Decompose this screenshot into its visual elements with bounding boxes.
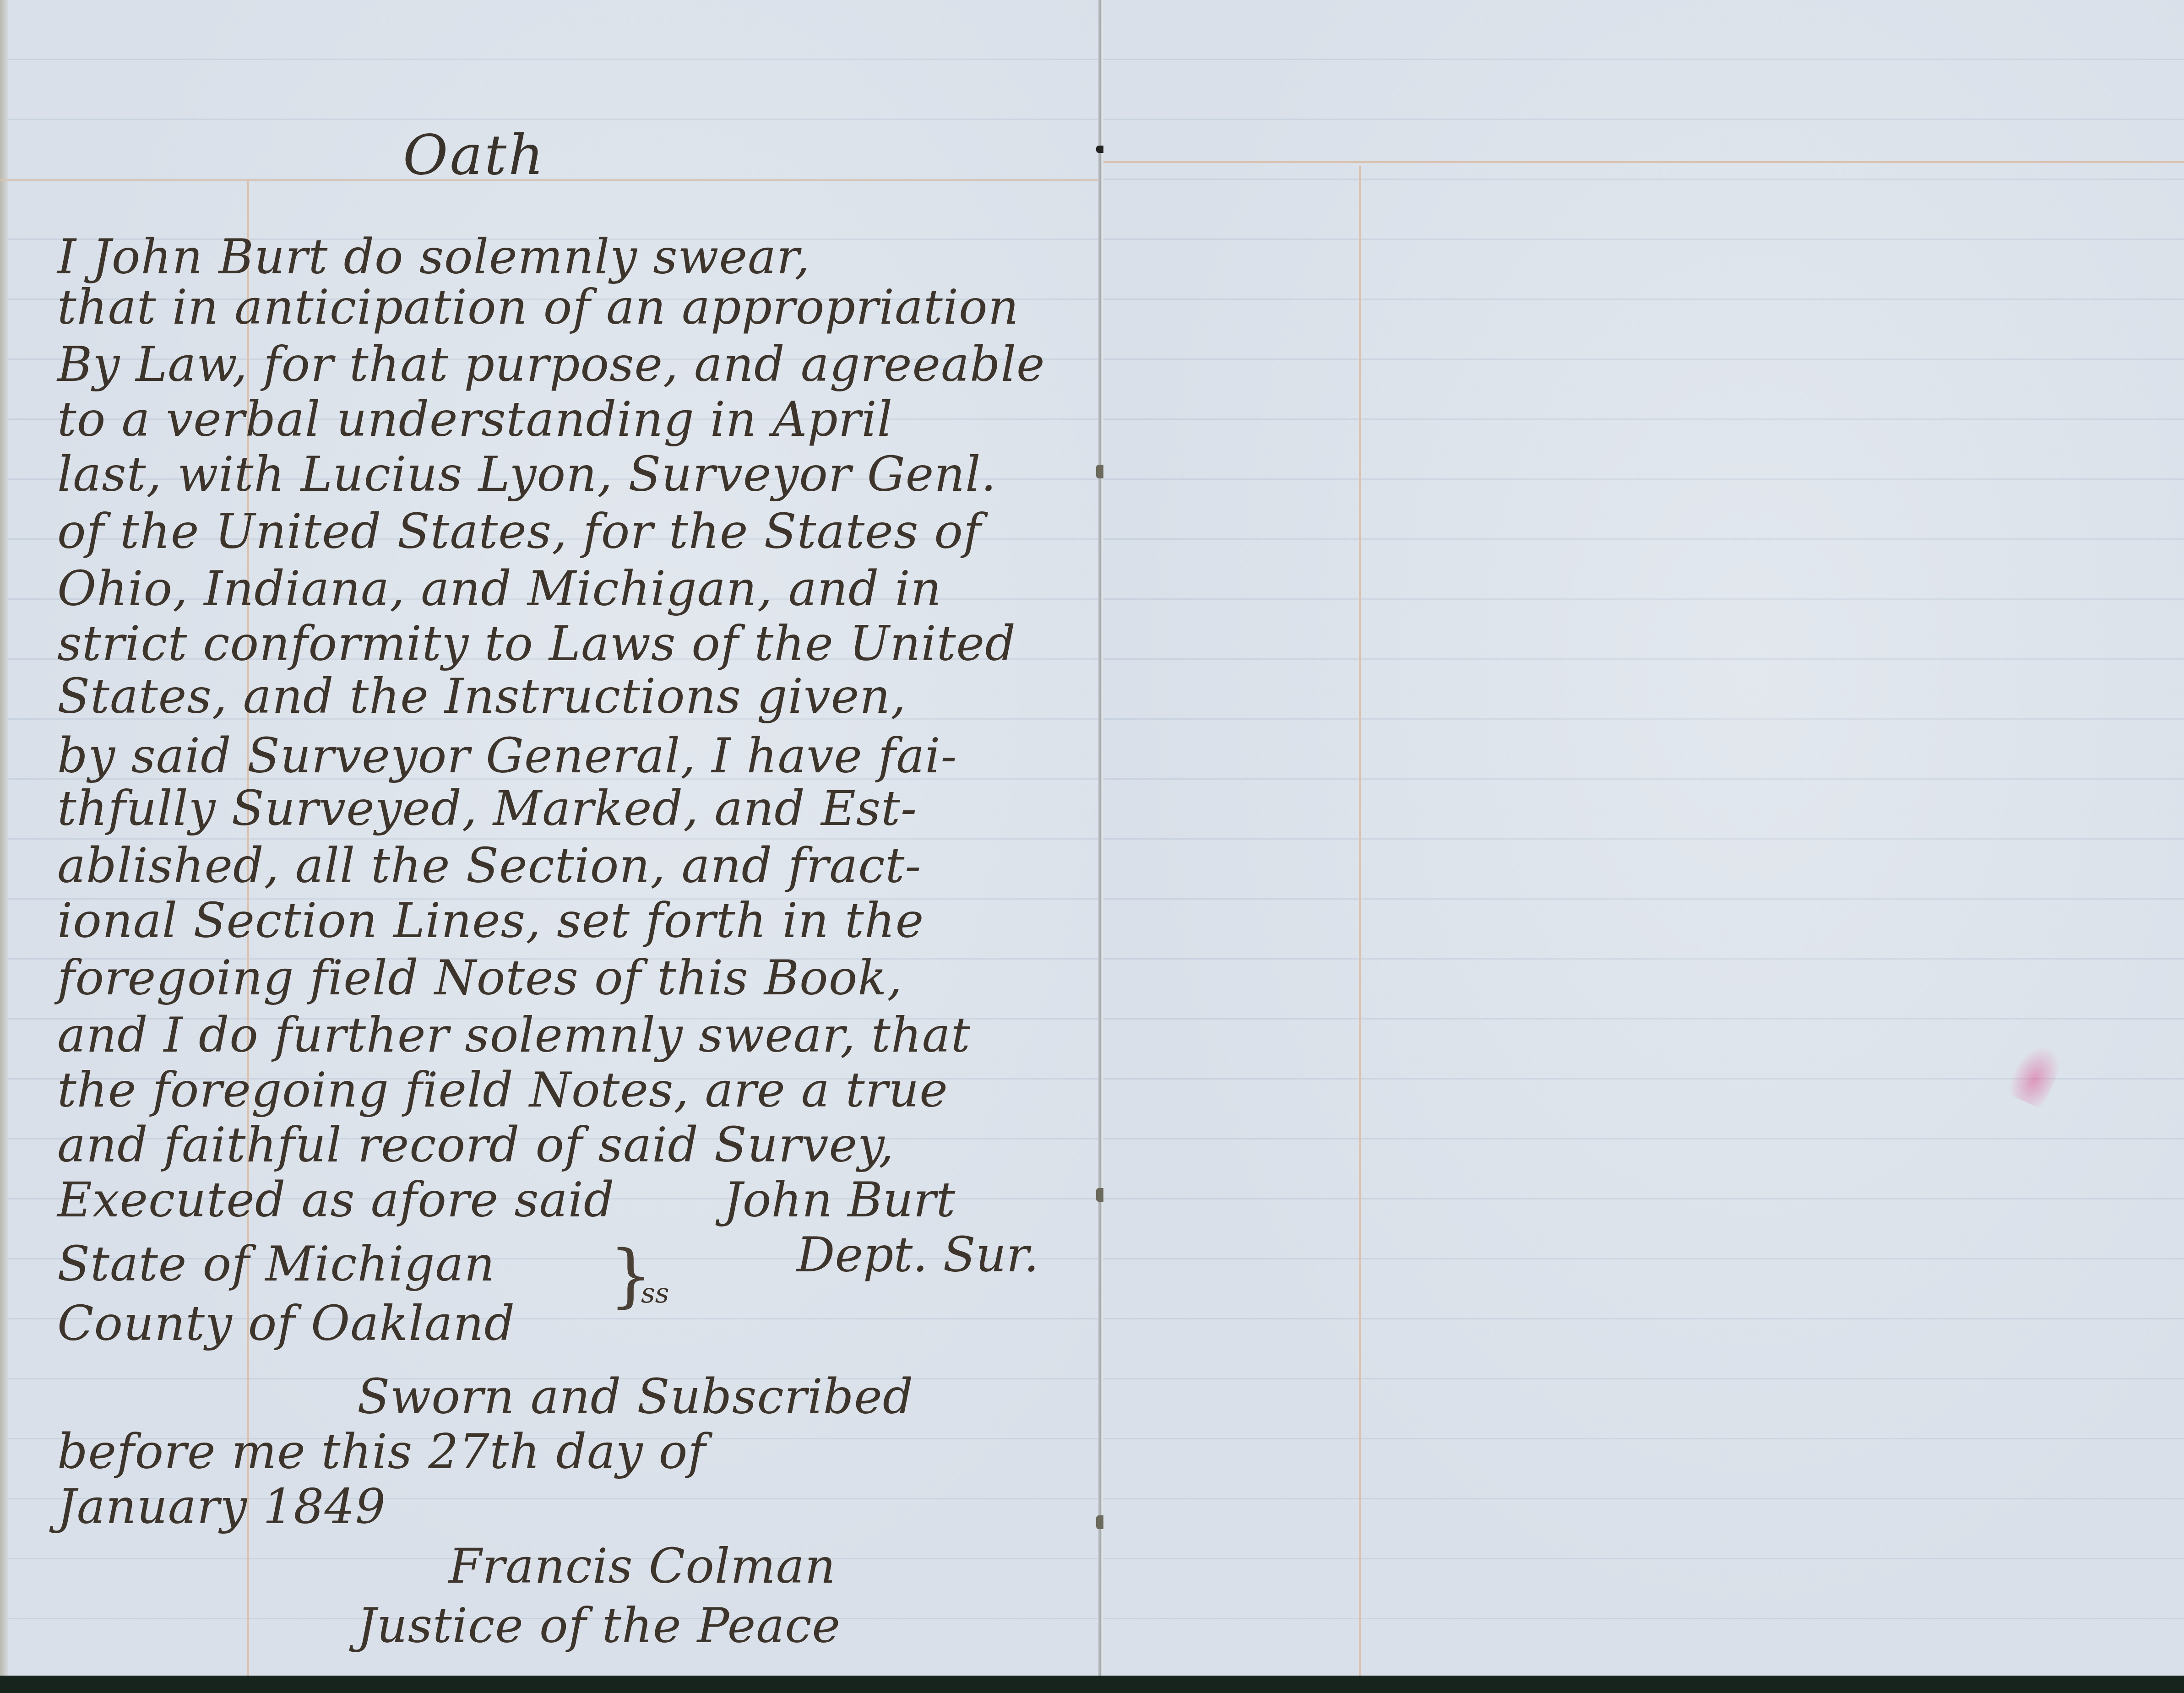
official-title: Justice of the Peace <box>357 1598 841 1654</box>
oath-line: by said Surveyor General, I have fai- <box>57 728 957 784</box>
oath-line: and I do further solemnly swear, that <box>57 1007 971 1063</box>
oath-line: the foregoing field Notes, are a true <box>57 1062 948 1118</box>
surveyor-title: Dept. Sur. <box>797 1227 1039 1283</box>
oath-line: and faithful record of said Survey, <box>57 1117 894 1173</box>
jurat-date: January 1849 <box>57 1479 386 1535</box>
oath-line: By Law, for that purpose, and agreeable <box>57 336 1045 392</box>
jurat-line: before me this 27th day of <box>57 1424 706 1480</box>
header-rule <box>0 179 1098 181</box>
page-title: Oath <box>403 124 545 187</box>
jurat-line: Sworn and Subscribed <box>357 1369 913 1425</box>
oath-line: I John Burt do solemnly swear, <box>57 229 810 285</box>
scan-background <box>0 1676 2184 1693</box>
venue-county: County of Oakland <box>57 1296 515 1351</box>
oath-line: last, with Lucius Lyon, Surveyor Genl. <box>57 446 997 502</box>
oath-line: Ohio, Indiana, and Michigan, and in <box>57 561 942 617</box>
official-signature: Francis Colman <box>449 1538 836 1594</box>
page-edge <box>0 0 8 1676</box>
oath-line: foregoing field Notes of this Book, <box>57 950 902 1006</box>
oath-line: thfully Surveyed, Marked, and Est- <box>57 781 917 836</box>
surveyor-signature: John Burt <box>723 1172 955 1228</box>
right-page <box>1103 0 2184 1676</box>
oath-line: to a verbal understanding in April <box>57 391 893 447</box>
left-page: Oath I John Burt do solemnly swear, that… <box>0 0 1101 1676</box>
oath-line: strict conformity to Laws of the United <box>57 616 1016 672</box>
header-rule <box>1103 161 2184 163</box>
oath-line: States, and the Instructions given, <box>57 668 906 724</box>
margin-rule <box>1359 166 1361 1676</box>
oath-line: of the United States, for the States of <box>57 504 981 559</box>
oath-line: Executed as afore said <box>57 1172 614 1228</box>
book-spread: Oath I John Burt do solemnly swear, that… <box>0 0 2184 1676</box>
ss-mark: ss <box>641 1277 669 1309</box>
oath-line: that in anticipation of an appropriation <box>57 279 1019 335</box>
venue-state: State of Michigan <box>57 1236 495 1292</box>
oath-line: ablished, all the Section, and fract- <box>57 838 921 894</box>
oath-line: ional Section Lines, set forth in the <box>57 893 924 949</box>
